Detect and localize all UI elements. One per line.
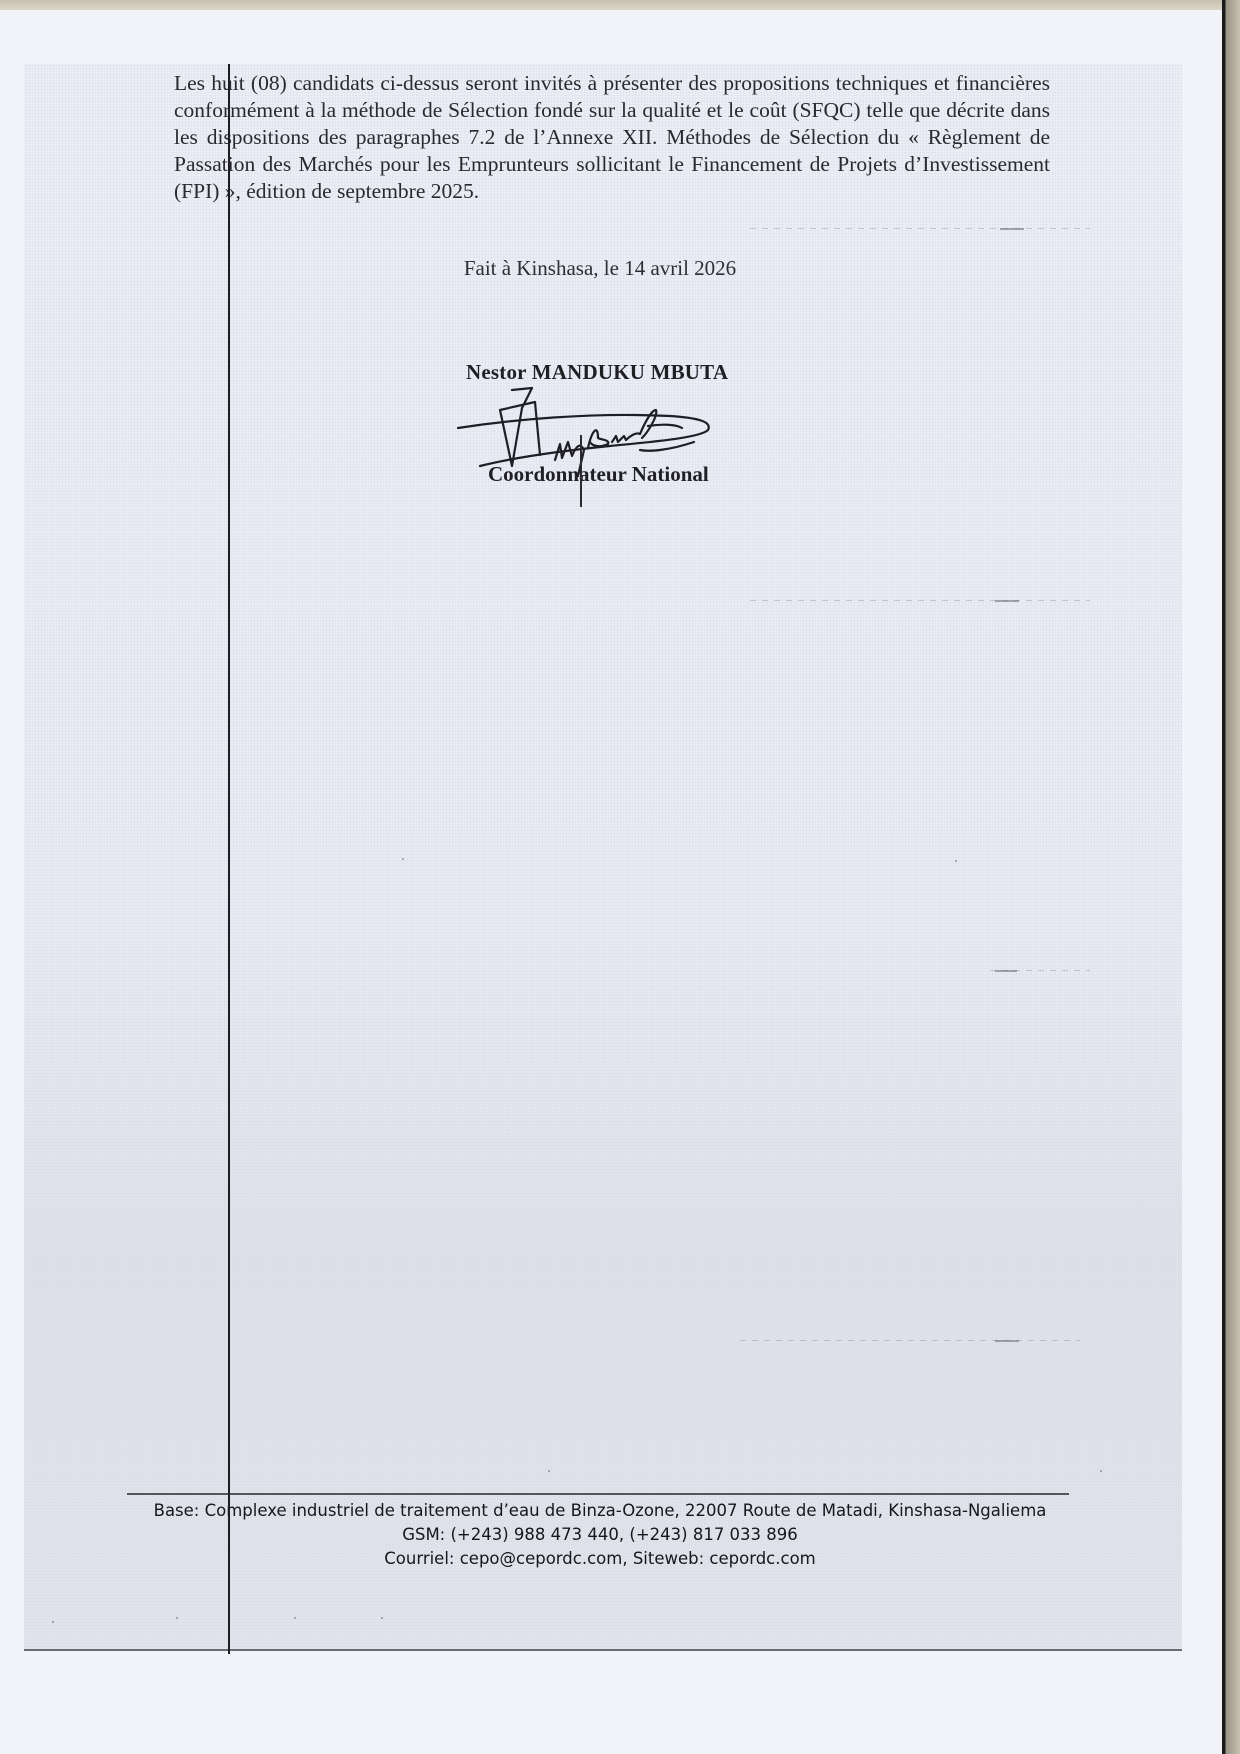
scan-artifact-vertical-line — [228, 64, 230, 1654]
body-paragraph: Les huit (08) candidats ci-dessus seront… — [174, 70, 1050, 205]
scan-speck — [381, 1617, 383, 1619]
scan-artifact — [750, 228, 1090, 229]
scan-speck — [955, 860, 957, 862]
scanner-top-edge — [0, 0, 1240, 10]
footer-contact: Courriel: cepo@cepordc.com, Siteweb: cep… — [0, 1547, 1200, 1571]
scan-artifact — [1000, 228, 1024, 230]
scan-artifact — [995, 970, 1017, 972]
footer: Base: Complexe industriel de traitement … — [0, 1499, 1200, 1571]
scan-speck — [402, 858, 404, 860]
footer-divider — [127, 1493, 1069, 1495]
scan-speck — [176, 1617, 178, 1619]
footer-address: Base: Complexe industriel de traitement … — [0, 1499, 1200, 1523]
signatory-title: Coordonnateur National — [488, 462, 709, 487]
place-and-date: Fait à Kinshasa, le 14 avril 2026 — [0, 256, 1200, 281]
scanned-region — [24, 64, 1182, 1651]
scan-speck — [52, 1621, 54, 1623]
scan-artifact — [995, 1340, 1019, 1342]
scan-artifact — [740, 1340, 1080, 1341]
place-date-text: Fait à Kinshasa, le 14 avril 2026 — [464, 256, 736, 280]
signature-stroke — [580, 435, 582, 507]
footer-phones: GSM: (+243) 988 473 440, (+243) 817 033 … — [0, 1523, 1200, 1547]
scan-artifact — [750, 600, 1090, 601]
scanner-right-edge — [1222, 0, 1240, 1754]
scan-speck — [294, 1617, 296, 1619]
scan-speck — [1100, 1470, 1102, 1472]
scan-speck — [548, 1470, 550, 1472]
scan-artifact — [995, 600, 1019, 602]
